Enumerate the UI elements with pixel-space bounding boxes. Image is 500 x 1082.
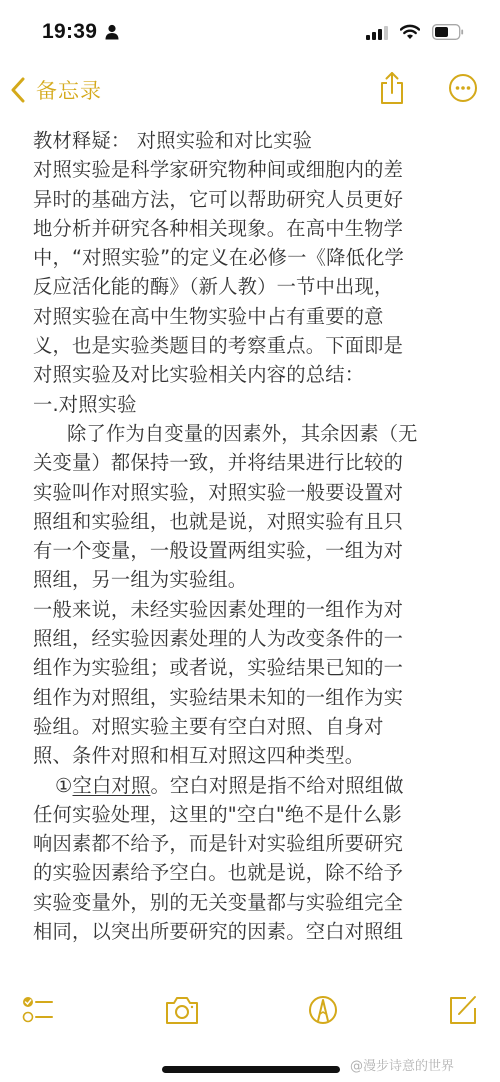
note-paragraph-line-faded: ​ xyxy=(33,946,473,975)
share-icon[interactable] xyxy=(378,70,406,106)
section-heading: 一.对照实验 xyxy=(33,390,473,419)
wifi-icon xyxy=(400,24,420,40)
back-label: 备忘录 xyxy=(36,75,102,105)
note-paragraph-line: 异时的基础方法，它可以帮助研究人员更好 xyxy=(33,185,473,214)
nav-bar: 备忘录 xyxy=(0,60,500,120)
note-paragraph-line: 的实验因素给予空白。也就是说，除不给予 xyxy=(33,858,473,887)
checklist-icon[interactable] xyxy=(22,992,56,1028)
battery-icon xyxy=(432,24,464,40)
chevron-left-icon xyxy=(10,77,26,103)
back-button[interactable]: 备忘录 xyxy=(10,74,102,106)
note-paragraph-line: 义，也是实验类题目的考察重点。下面即是 xyxy=(33,331,473,360)
note-body[interactable]: 教材释疑： 对照实验和对比实验 对照实验是科学家研究物种间或细胞内的差 异时的基… xyxy=(33,126,473,1076)
status-bar: 19:39 xyxy=(0,0,500,60)
note-paragraph-line: 除了作为自变量的因素外，其余因素（无 xyxy=(33,419,473,448)
item-number: ① xyxy=(55,774,73,797)
status-time: 19:39 xyxy=(42,20,97,44)
note-paragraph-line: 对照实验是科学家研究物种间或细胞内的差 xyxy=(33,155,473,184)
note-paragraph-line: 中，“对照实验”的定义在必修一《降低化学 xyxy=(33,243,473,272)
item-text: 。空白对照是指不给对照组做 xyxy=(150,774,403,797)
note-paragraph-line: 有一个变量，一般设置两组实验，一组为对 xyxy=(33,536,473,565)
cellular-signal-icon xyxy=(366,26,390,40)
compose-icon[interactable] xyxy=(448,992,478,1028)
note-paragraph-line: 实验叫作对照实验，对照实验一般要设置对 xyxy=(33,478,473,507)
camera-icon[interactable] xyxy=(164,992,200,1028)
note-paragraph-line: 照组，另一组为实验组。 xyxy=(33,565,473,594)
note-paragraph-line: 照、条件对照和相互对照这四种类型。 xyxy=(33,741,473,770)
watermark: @漫步诗意的世界 xyxy=(350,1055,454,1074)
list-item-blank-control: ①空白对照。空白对照是指不给对照组做 xyxy=(33,771,473,800)
note-paragraph-line: 组作为对照组，实验结果未知的一组作为实 xyxy=(33,683,473,712)
note-paragraph-line: 组作为实验组；或者说，实验结果已知的一 xyxy=(33,653,473,682)
more-ellipsis-icon[interactable] xyxy=(448,73,478,103)
note-paragraph-line: 对照实验及对比实验相关内容的总结： xyxy=(33,360,473,389)
note-paragraph-line: 验组。对照实验主要有空白对照、自身对 xyxy=(33,712,473,741)
note-paragraph-line: 对照实验在高中生物实验中占有重要的意 xyxy=(33,302,473,331)
note-paragraph-line: 反应活化能的酶》（新人教）一节中出现， xyxy=(33,272,473,301)
note-paragraph-line: 一般来说，未经实验因素处理的一组作为对 xyxy=(33,595,473,624)
note-paragraph-line: 关变量）都保持一致，并将结果进行比较的 xyxy=(33,448,473,477)
note-paragraph-line: 响因素都不给予，而是针对实验组所要研究 xyxy=(33,829,473,858)
person-icon xyxy=(105,24,119,40)
home-indicator[interactable] xyxy=(162,1066,340,1073)
bottom-toolbar xyxy=(0,992,500,1032)
note-paragraph-line: 照组和实验组，也就是说，对照实验有且只 xyxy=(33,507,473,536)
note-paragraph-line: 实验变量外，别的无关变量都与实验组完全 xyxy=(33,888,473,917)
note-paragraph-line: 相同，以突出所要研究的因素。空白对照组 xyxy=(33,917,473,946)
note-paragraph-line: 照组，经实验因素处理的人为改变条件的一 xyxy=(33,624,473,653)
note-paragraph-line: 任何实验处理，这里的"空白"绝不是什么影 xyxy=(33,800,473,829)
markup-pen-icon[interactable] xyxy=(308,992,338,1028)
item-term: 空白对照 xyxy=(73,774,151,797)
note-title: 教材释疑： 对照实验和对比实验 xyxy=(33,126,473,155)
note-paragraph-line: 地分析并研究各种相关现象。在高中生物学 xyxy=(33,214,473,243)
